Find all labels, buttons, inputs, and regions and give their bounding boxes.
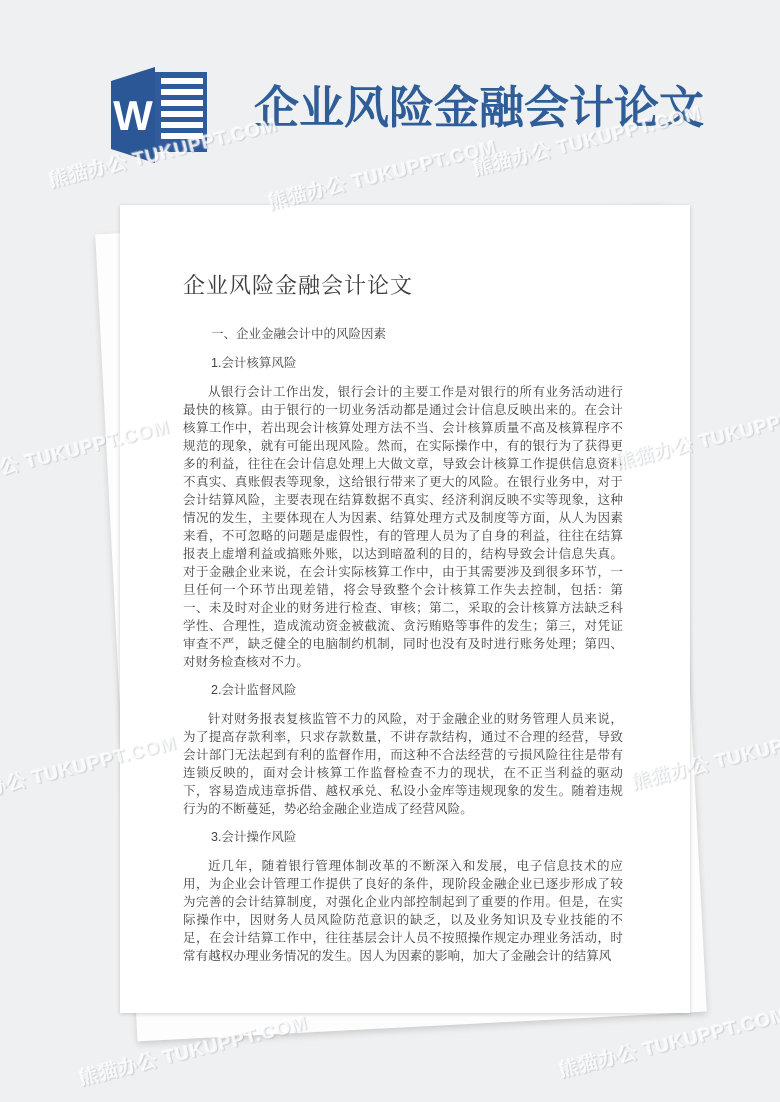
document-title: 企业风险金融会计论文 bbox=[183, 271, 623, 301]
paragraph: 近几年，随着银行管理体制改革的不断深入和发展，电子信息技术的应用，为企业会计管理… bbox=[183, 857, 623, 965]
header: W 企业风险金融会计论文 bbox=[0, 0, 780, 205]
subsection-heading: 3.会计操作风险 bbox=[183, 828, 623, 846]
page-title: 企业风险金融会计论文 bbox=[254, 82, 734, 134]
word-icon: W bbox=[107, 64, 213, 166]
preview-canvas: W 企业风险金融会计论文 企业风险金融会计论文 一、企业金融会计中的风险因素 1… bbox=[0, 0, 780, 1102]
document-body: 企业风险金融会计论文 一、企业金融会计中的风险因素 1.会计核算风险 从银行会计… bbox=[120, 205, 690, 1013]
paragraph: 从银行会计工作出发，银行会计的主要工作是对银行的所有业务活动进行最快的核算。由于… bbox=[183, 383, 623, 671]
subsection-heading: 2.会计监督风险 bbox=[183, 681, 623, 699]
document-page: 企业风险金融会计论文 一、企业金融会计中的风险因素 1.会计核算风险 从银行会计… bbox=[120, 205, 690, 1013]
section-heading: 一、企业金融会计中的风险因素 bbox=[183, 325, 623, 343]
subsection-heading: 1.会计核算风险 bbox=[183, 354, 623, 372]
paragraph: 针对财务报表复核监管不力的风险，对于金融企业的财务管理人员来说，为了提高存款利率… bbox=[183, 710, 623, 818]
word-icon-letter: W bbox=[113, 92, 153, 139]
